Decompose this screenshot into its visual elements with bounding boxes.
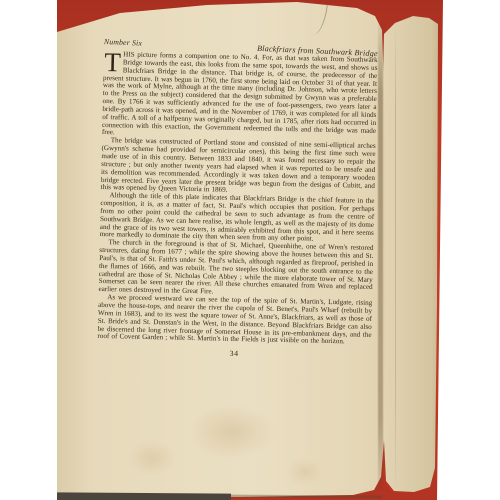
- screenshot-root: Number Six Blackfriars from Southwark Br…: [0, 0, 500, 500]
- paragraph-4: The church in the foreground is that of …: [98, 239, 373, 300]
- page-content: Number Six Blackfriars from Southwark Br…: [97, 37, 378, 361]
- paragraph-1-text: HIS picture forms a companion one to No.…: [102, 50, 378, 136]
- page-bottom-edge: [207, 495, 382, 499]
- page-number: 34: [97, 346, 371, 361]
- gutter-shadow: [378, 24, 383, 490]
- paragraph-5: As we proceed westward we can see the to…: [97, 294, 372, 347]
- header-plate-number: Number Six: [104, 37, 142, 48]
- paragraph-1: THIS picture forms a companion one to No…: [102, 51, 378, 143]
- paragraph-2: The bridge was constructed of Portland s…: [101, 137, 376, 198]
- paragraph-3: Although the title of this plate indicat…: [100, 192, 375, 245]
- drop-cap: T: [103, 51, 123, 74]
- facing-page-crease: [395, 22, 396, 486]
- table-edge-shadow: [55, 492, 231, 500]
- body-text: THIS picture forms a companion one to No…: [97, 51, 377, 347]
- book-photo: Number Six Blackfriars from Southwark Br…: [57, 0, 443, 500]
